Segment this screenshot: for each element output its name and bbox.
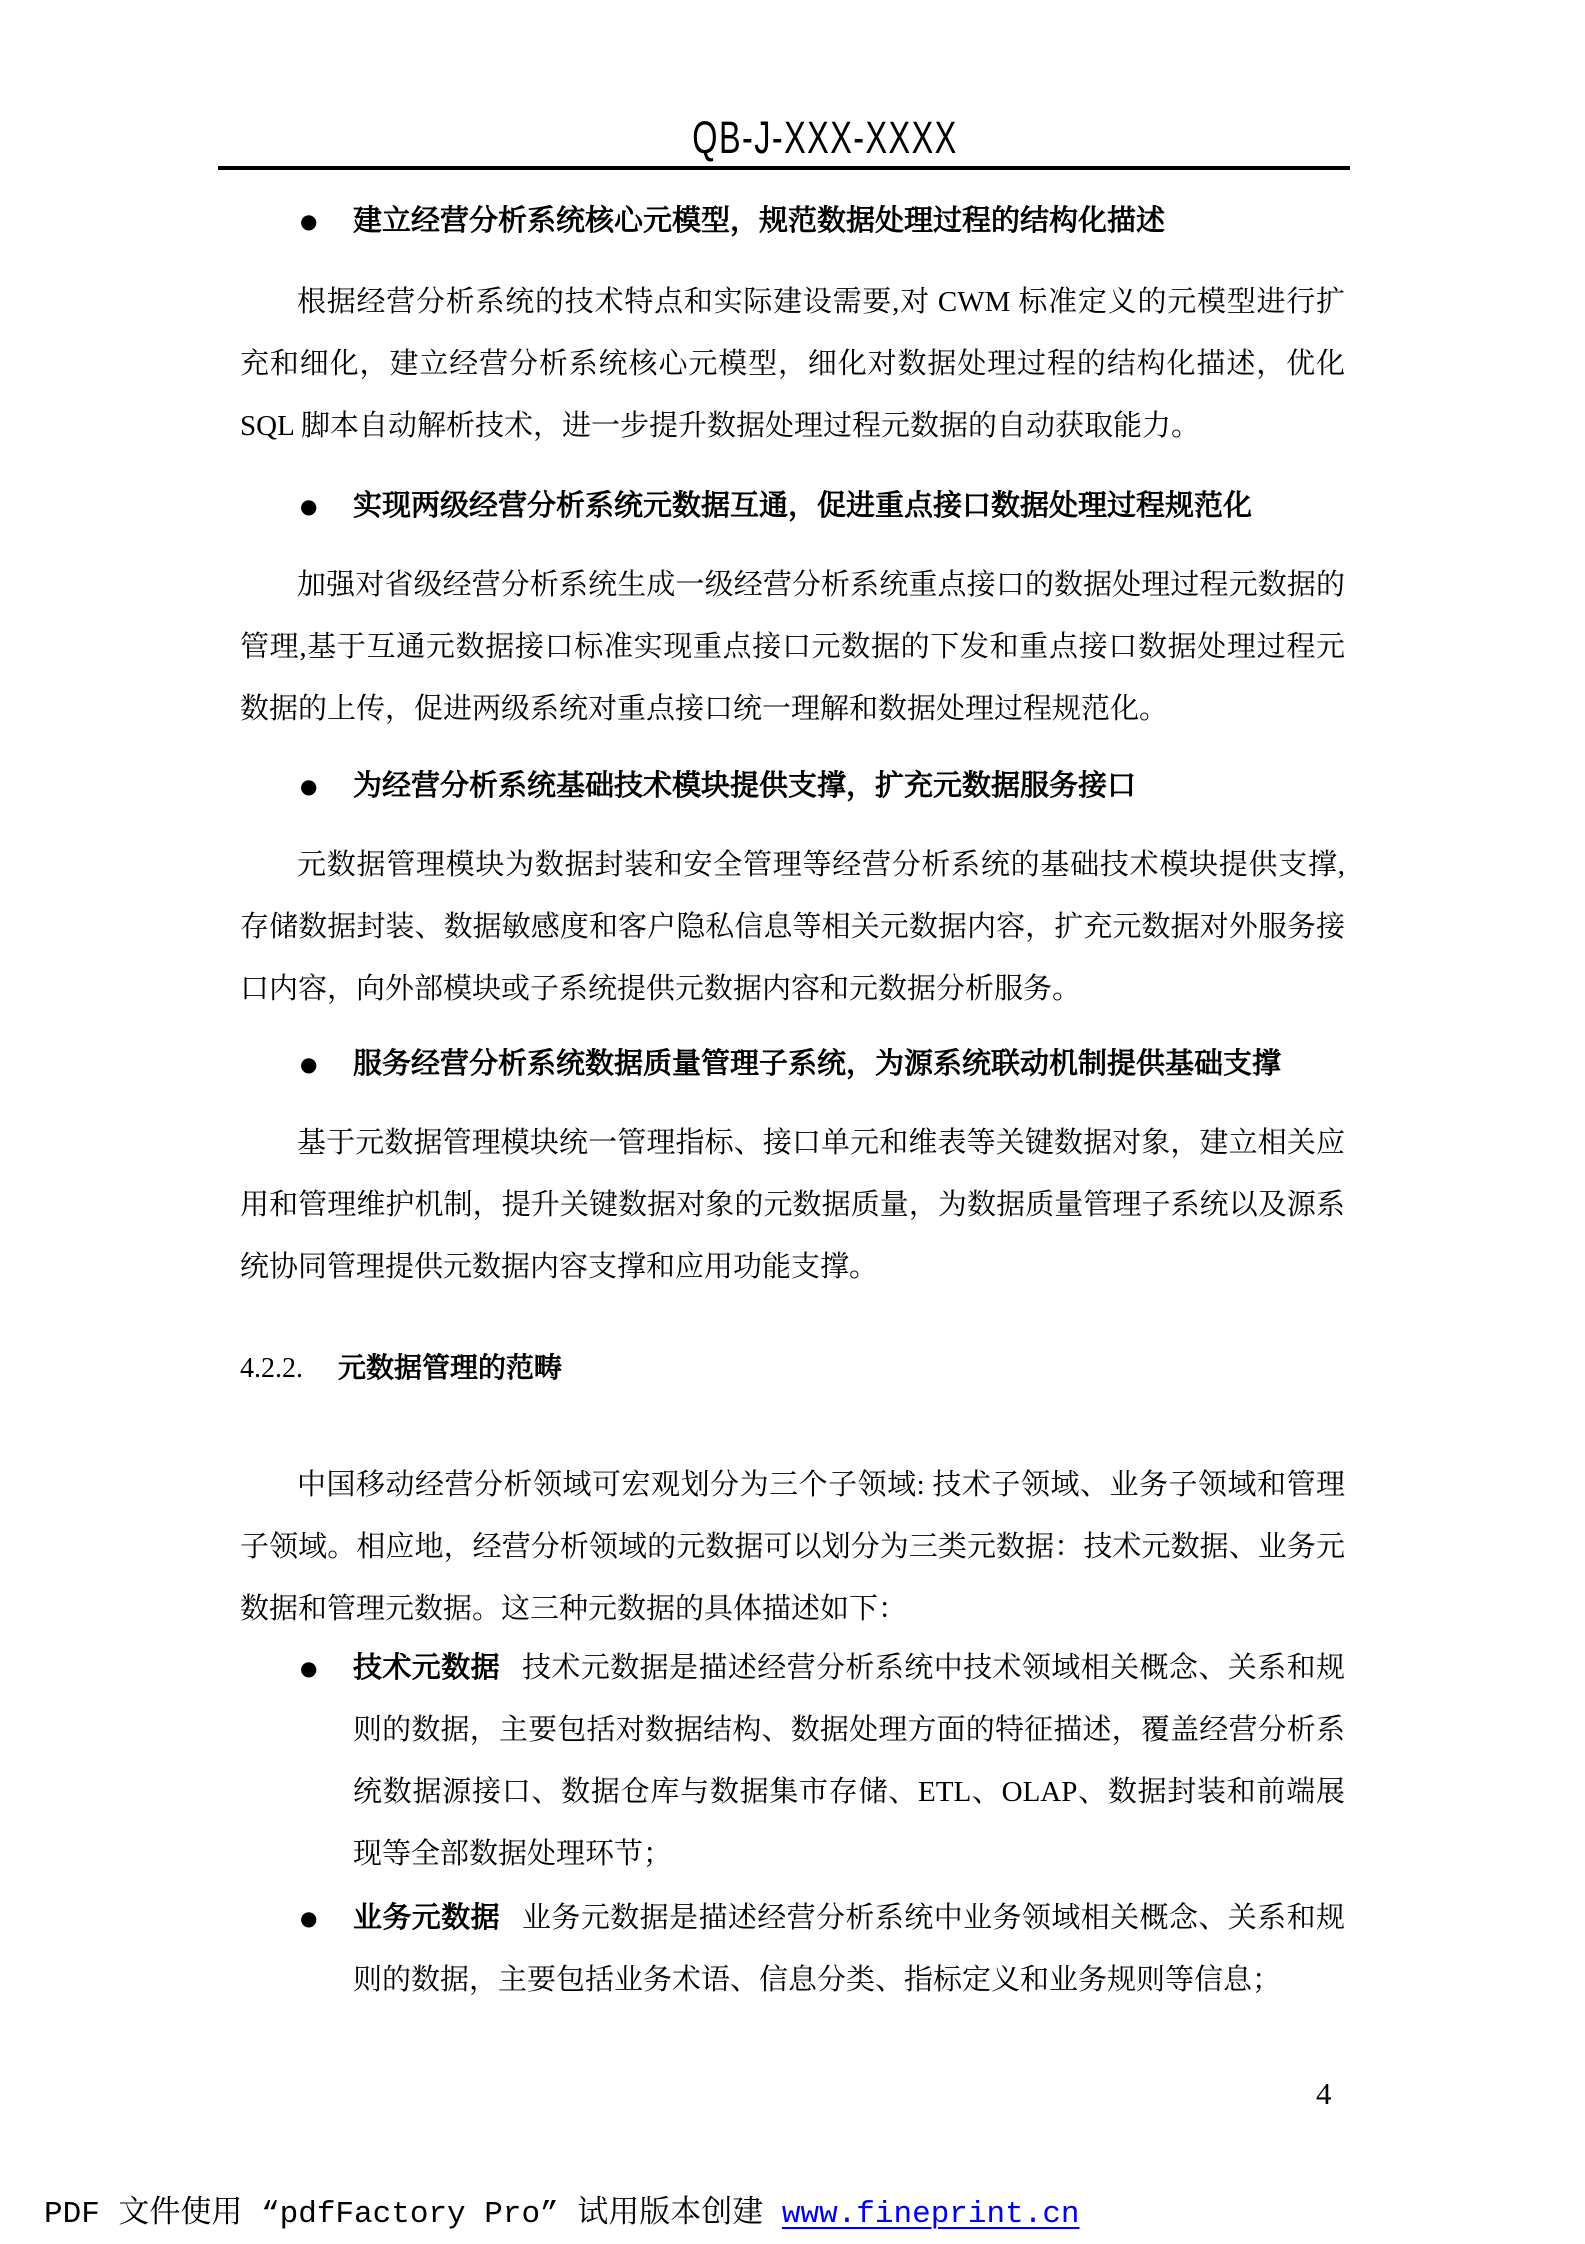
paragraph-1: 根据经营分析系统的技术特点和实际建设需要,对 CWM 标准定义的元模型进行扩充和…	[240, 271, 1345, 457]
bullet-heading-2: ●实现两级经营分析系统元数据互通，促进重点接口数据处理过程规范化	[300, 488, 1252, 524]
bullet-heading-1-text: 建立经营分析系统核心元模型，规范数据处理过程的结构化描述	[353, 205, 1165, 237]
bullet-heading-4: ●服务经营分析系统数据质量管理子系统，为源系统联动机制提供基础支撑	[300, 1046, 1281, 1082]
section-number: 4.2.2.	[240, 1351, 338, 1387]
bullet-icon: ●	[300, 488, 353, 524]
bullet-icon: ●	[300, 768, 353, 804]
bullet-heading-3: ●为经营分析系统基础技术模块提供支撑，扩充元数据服务接口	[300, 768, 1136, 804]
list-item-technical-metadata: ●技术元数据技术元数据是描述经营分析系统中技术领域相关概念、关系和规则的数据，主…	[300, 1637, 1345, 1885]
list-item-desc: 业务元数据是描述经营分析系统中业务领域相关概念、关系和规则的数据，主要包括业务术…	[353, 1902, 1345, 1996]
paragraph-3: 元数据管理模块为数据封装和安全管理等经营分析系统的基础技术模块提供支撑,存储数据…	[240, 834, 1345, 1020]
bullet-icon: ●	[300, 1046, 353, 1082]
bullet-icon: ●	[300, 1887, 353, 1949]
bullet-icon: ●	[300, 203, 353, 239]
doc-code-header: QB-J-XXX-XXXX	[663, 112, 987, 164]
document-page: QB-J-XXX-XXXX ●建立经营分析系统核心元模型，规范数据处理过程的结构…	[0, 0, 1585, 2244]
fineprint-link[interactable]: www.fineprint.cn	[782, 2197, 1080, 2232]
paragraph-2: 加强对省级经营分析系统生成一级经营分析系统重点接口的数据处理过程元数据的管理,基…	[240, 554, 1345, 740]
pdf-factory-footer: PDF 文件使用 “pdfFactory Pro” 试用版本创建 www.fin…	[44, 2186, 1080, 2232]
section-heading: 4.2.2.元数据管理的范畴	[240, 1350, 562, 1387]
section-title: 元数据管理的范畴	[338, 1352, 562, 1383]
bullet-icon: ●	[300, 1637, 353, 1699]
list-item-term: 技术元数据	[353, 1652, 500, 1684]
section-intro-paragraph: 中国移动经营分析领域可宏观划分为三个子领域: 技术子领域、业务子领域和管理子领域…	[240, 1454, 1345, 1640]
page-number: 4	[1316, 2076, 1332, 2112]
header-rule	[218, 166, 1350, 170]
paragraph-4: 基于元数据管理模块统一管理指标、接口单元和维表等关键数据对象，建立相关应用和管理…	[240, 1112, 1345, 1298]
bullet-heading-4-text: 服务经营分析系统数据质量管理子系统，为源系统联动机制提供基础支撑	[353, 1048, 1281, 1080]
bullet-heading-1: ●建立经营分析系统核心元模型，规范数据处理过程的结构化描述	[300, 203, 1165, 239]
bullet-heading-2-text: 实现两级经营分析系统元数据互通，促进重点接口数据处理过程规范化	[353, 490, 1252, 522]
footer-text: PDF 文件使用 “pdfFactory Pro” 试用版本创建	[44, 2197, 782, 2232]
list-item-term: 业务元数据	[353, 1902, 500, 1934]
list-item-business-metadata: ●业务元数据业务元数据是描述经营分析系统中业务领域相关概念、关系和规则的数据，主…	[300, 1887, 1345, 2011]
list-item-desc: 技术元数据是描述经营分析系统中技术领域相关概念、关系和规则的数据，主要包括对数据…	[353, 1652, 1345, 1870]
bullet-heading-3-text: 为经营分析系统基础技术模块提供支撑，扩充元数据服务接口	[353, 770, 1136, 802]
